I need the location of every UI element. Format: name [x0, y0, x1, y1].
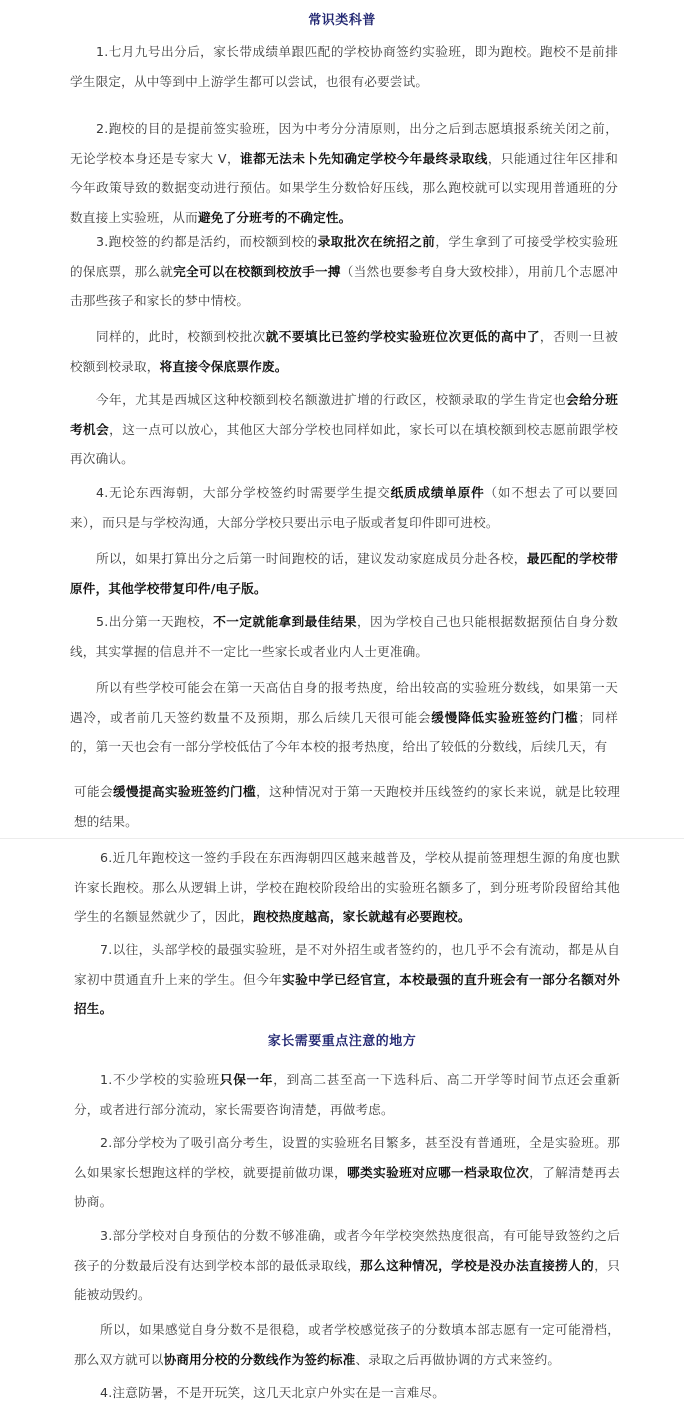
bold-text: 那么这种情况，学校是没办法直接捞人的: [360, 1258, 594, 1273]
paragraph-6: 4.无论东西海朝，大部分学校签约时需要学生提交纸质成绩单原件（如不想去了可以要回…: [70, 478, 618, 537]
notes-paragraph-2: 2.部分学校为了吸引高分考生，设置的实验班名目繁多，甚至没有普通班，全是实验班。…: [74, 1128, 620, 1217]
notes-paragraph-5: 4.注意防暑，不是开玩笑，这几天北京户外实在是一言难尽。: [74, 1378, 620, 1408]
bold-text: 跑校热度越高，家长就越有必要跑校。: [253, 909, 471, 924]
paragraph-3: 3.跑校签的约都是活约，而校额到校的录取批次在统招之前，学生拿到了可接受学校实验…: [70, 227, 618, 316]
section-heading-common-knowledge: 常识类科普: [0, 11, 684, 31]
bold-text: 就不要填比已签约学校实验班位次更低的高中了: [266, 329, 540, 344]
bold-text: 缓慢降低实验班签约门槛: [431, 710, 578, 725]
paragraph-11: 7.以往，头部学校的最强实验班，是不对外招生或者签约的，也几乎不会有流动，都是从…: [74, 935, 620, 1024]
section-heading-parent-notes: 家长需要重点注意的地方: [0, 1032, 684, 1052]
bold-text: 纸质成绩单原件: [391, 485, 485, 500]
bold-text: 完全可以在校额到校放手一搏: [173, 264, 341, 279]
paragraph-1: 1.七月九号出分后，家长带成绩单跟匹配的学校协商签约实验班，即为跑校。跑校不是前…: [70, 37, 618, 96]
bold-text: 哪类实验班对应哪一档录取位次: [347, 1165, 529, 1180]
paragraph-8: 5.出分第一天跑校，不一定就能拿到最佳结果，因为学校自己也只能根据数据预估自身分…: [70, 607, 618, 666]
article-page: 常识类科普 1.七月九号出分后，家长带成绩单跟匹配的学校协商签约实验班，即为跑校…: [0, 0, 684, 1423]
notes-paragraph-1: 1.不少学校的实验班只保一年，到高二甚至高一下选科后、高二开学等时间节点还会重新…: [74, 1065, 620, 1124]
image-seam-divider: [0, 838, 684, 839]
bold-text: 不一定就能拿到最佳结果: [213, 614, 357, 629]
bold-text: 协商用分校的分数线作为签约标准: [164, 1352, 356, 1367]
paragraph-10: 6.近几年跑校这一签约手段在东西海朝四区越来越普及，学校从提前签理想生源的角度也…: [74, 843, 620, 932]
bold-text: 避免了分班考的不确定性。: [198, 210, 352, 225]
paragraph-4: 同样的，此时，校额到校批次就不要填比已签约学校实验班位次更低的高中了，否则一旦被…: [70, 322, 618, 381]
notes-paragraph-4: 所以，如果感觉自身分数不是很稳，或者学校感觉孩子的分数填本部志愿有一定可能滑档，…: [74, 1315, 620, 1374]
paragraph-9: 所以有些学校可能会在第一天高估自身的报考热度，给出较高的实验班分数线，如果第一天…: [70, 673, 618, 762]
bold-text: 将直接令保底票作废。: [160, 359, 288, 374]
paragraph-2: 2.跑校的目的是提前签实验班，因为中考分分清原则，出分之后到志愿填报系统关闭之前…: [70, 114, 618, 232]
paragraph-9-continued: 可能会缓慢提高实验班签约门槛，这种情况对于第一天跑校并压线签约的家长来说，就是比…: [74, 777, 620, 836]
paragraph-7: 所以，如果打算出分之后第一时间跑校的话，建议发动家庭成员分赴各校，最匹配的学校带…: [70, 544, 618, 603]
bold-text: 只保一年: [220, 1072, 273, 1087]
bold-text: 录取批次在统招之前: [318, 234, 436, 249]
paragraph-5: 今年，尤其是西城区这种校额到校名额激进扩增的行政区，校额录取的学生肯定也会给分班…: [70, 385, 618, 474]
bold-text: 缓慢提高实验班签约门槛: [113, 784, 256, 799]
notes-paragraph-3: 3.部分学校对自身预估的分数不够准确，或者今年学校突然热度很高，有可能导致签约之…: [74, 1221, 620, 1310]
bold-text: 谁都无法未卜先知确定学校今年最终录取线: [240, 151, 488, 166]
